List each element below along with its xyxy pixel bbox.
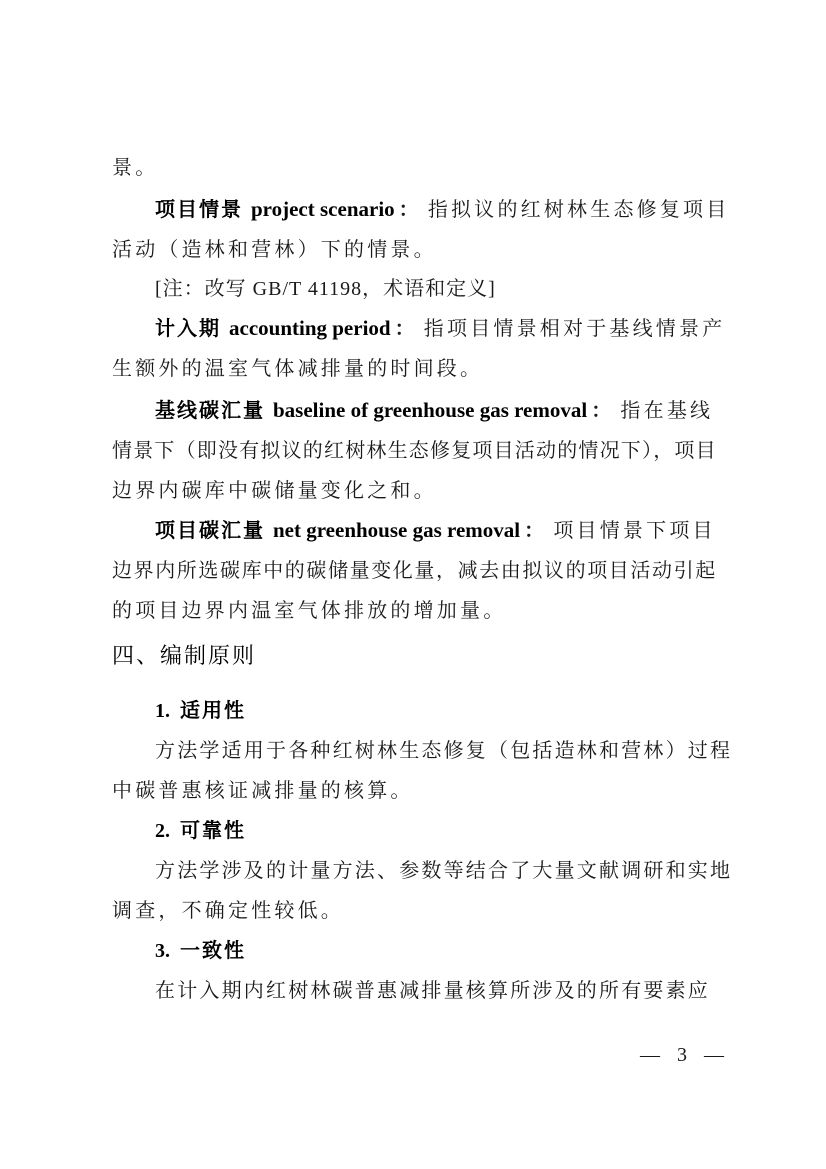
page-number: — 3 — — [640, 1044, 730, 1067]
paragraph-line: 情景下（即没有拟议的红树林生态修复项目活动的情况下），项目 — [112, 436, 724, 464]
principle-title: 适用性 — [180, 698, 246, 722]
term-definition-baseline-removal: 基线碳汇量baseline of greenhouse gas removal：… — [155, 396, 724, 424]
principle-number: 3. — [155, 940, 170, 962]
principle-heading-reliability: 2.可靠性 — [155, 816, 724, 845]
colon: ： — [524, 518, 547, 542]
term-definition-net-removal: 项目碳汇量net greenhouse gas removal：项目情景下项目 — [155, 516, 724, 544]
paragraph-line: 中碳普惠核证减排量的核算。 — [112, 776, 724, 804]
term-en: accounting period — [229, 316, 391, 340]
principle-heading-consistency: 3.一致性 — [155, 936, 724, 965]
principle-heading-applicability: 1.适用性 — [155, 696, 724, 725]
principle-number: 2. — [155, 820, 170, 842]
term-definition-accounting-period: 计入期accounting period：指项目情景相对于基线情景产 — [155, 314, 724, 342]
paragraph-line: 活动（造林和营林）下的情景。 — [112, 235, 724, 263]
term-en: project scenario — [251, 197, 395, 221]
definition-text: 项目情景下项目 — [553, 518, 715, 542]
colon: ： — [399, 197, 422, 221]
paragraph-line: 边界内碳库中碳储量变化之和。 — [112, 476, 724, 504]
principle-title: 一致性 — [180, 938, 246, 962]
term-zh: 计入期 — [155, 316, 221, 340]
definition-text: 指在基线 — [620, 398, 713, 422]
paragraph-line: 生额外的温室气体减排量的时间段。 — [112, 354, 724, 382]
term-zh: 基线碳汇量 — [155, 398, 265, 422]
section-heading: 四、编制原则 — [112, 643, 724, 671]
paragraph-line: 的项目边界内温室气体排放的增加量。 — [112, 596, 724, 624]
paragraph-line: 景。 — [112, 153, 724, 181]
term-definition-project-scenario: 项目情景project scenario：指拟议的红树林生态修复项目 — [155, 195, 724, 223]
colon: ： — [591, 398, 614, 422]
note-line: [注：改写 GB/T 41198，术语和定义] — [155, 275, 724, 303]
definition-text: 指项目情景相对于基线情景产 — [424, 316, 726, 340]
principle-title: 可靠性 — [180, 818, 246, 842]
term-zh: 项目碳汇量 — [155, 518, 265, 542]
term-en: net greenhouse gas removal — [273, 518, 520, 542]
paragraph-line: 方法学适用于各种红树林生态修复（包括造林和营林）过程 — [155, 736, 724, 764]
term-zh: 项目情景 — [155, 197, 243, 221]
paragraph-line: 方法学涉及的计量方法、参数等结合了大量文献调研和实地 — [155, 856, 724, 884]
paragraph-line: 边界内所选碳库中的碳储量变化量，减去由拟议的项目活动引起 — [112, 556, 724, 584]
definition-text: 指拟议的红树林生态修复项目 — [428, 197, 730, 221]
paragraph-line: 调查，不确定性较低。 — [112, 896, 724, 924]
colon: ： — [395, 316, 418, 340]
term-en: baseline of greenhouse gas removal — [273, 398, 587, 422]
paragraph-line: 在计入期内红树林碳普惠减排量核算所涉及的所有要素应 — [155, 976, 724, 1004]
document-page: 景。 项目情景project scenario：指拟议的红树林生态修复项目 活动… — [0, 0, 826, 1169]
principle-number: 1. — [155, 700, 170, 722]
